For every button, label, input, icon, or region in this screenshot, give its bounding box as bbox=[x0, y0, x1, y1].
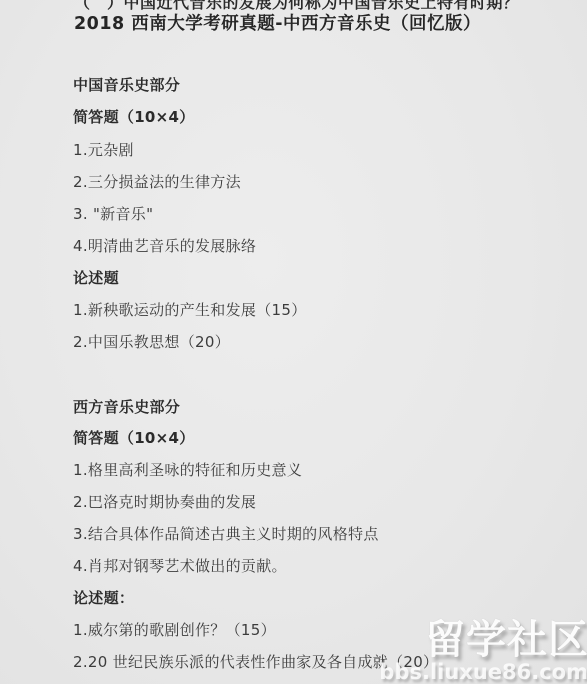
document-page: （ ）中国近代音乐的发展为何称为中国音乐史上特有时期？ 2018 西南大学考研真… bbox=[0, 0, 587, 684]
west-short-answer-item: 4.肖邦对钢琴艺术做出的贡献。 bbox=[73, 557, 287, 575]
cn-essay-item: 2.中国乐教思想（20） bbox=[73, 333, 230, 351]
west-short-answer-item: 1.格里高利圣咏的特征和历史意义 bbox=[73, 461, 302, 479]
cn-short-answer-item: 1.元杂剧 bbox=[73, 141, 134, 159]
west-essay-item: 1.威尔第的歌剧创作？（15） bbox=[73, 621, 276, 639]
cn-short-answer-item: 2.三分损益法的生律方法 bbox=[73, 173, 241, 191]
cn-short-answer-header: 简答题（10×4） bbox=[73, 108, 195, 126]
west-essay-header: 论述题： bbox=[73, 589, 134, 607]
section-header-western: 西方音乐史部分 bbox=[73, 398, 180, 416]
cn-essay-header: 论述题 bbox=[73, 269, 119, 287]
west-essay-item: 2.20 世纪民族乐派的代表性作曲家及各自成就（20） bbox=[73, 653, 438, 671]
west-short-answer-header: 简答题（10×4） bbox=[73, 429, 195, 447]
west-short-answer-item: 3.结合具体作品简述古典主义时期的风格特点 bbox=[73, 525, 379, 543]
section-header-chinese: 中国音乐史部分 bbox=[73, 76, 180, 94]
cn-essay-item: 1.新秧歌运动的产生和发展（15） bbox=[73, 301, 307, 319]
watermark: 留学社区 bbs.liuxue86.com bbox=[379, 618, 587, 684]
west-short-answer-item: 2.巴洛克时期协奏曲的发展 bbox=[73, 493, 256, 511]
cn-short-answer-item: 4.明清曲艺音乐的发展脉络 bbox=[73, 237, 256, 255]
cn-short-answer-item: 3. "新音乐" bbox=[73, 205, 153, 223]
page-title: 2018 西南大学考研真题-中西方音乐史（回忆版） bbox=[74, 10, 481, 35]
